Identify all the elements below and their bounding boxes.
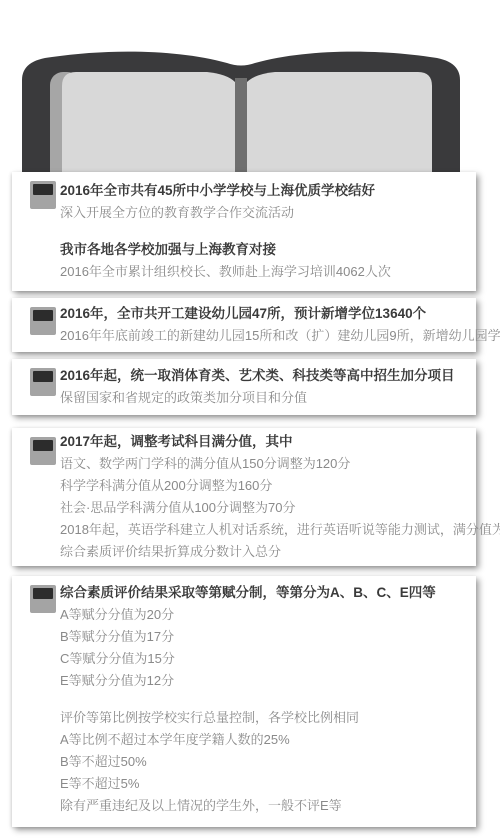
card-title: 2016年全市共有45所中小学学校与上海优质学校结好 [60,180,466,202]
card-body-line: A等赋分分值为20分 [60,604,466,626]
card-subtitle: 我市各地各学校加强与上海教育对接 [60,239,466,261]
card-body-line: 2016年全市累计组织校长、教师赴上海学习培训4062人次 [60,261,466,283]
card-kindergarten-construction: 2016年，全市共开工建设幼儿园47所，预计新增学位13640个 2016年年底… [12,298,476,352]
card-body-line: E等不超过5% [60,773,466,795]
card-body-line: 科学学科满分值从200分调整为160分 [60,475,466,497]
notebook-icon [30,181,56,209]
book-right-page-shape [247,72,432,172]
card-title: 2016年，全市共开工建设幼儿园47所，预计新增学位13640个 [60,303,466,325]
notebook-icon [30,307,56,335]
card-title: 综合素质评价结果采取等第赋分制，等第分为A、B、C、E四等 [60,582,466,604]
card-body-line: 社会·思品学科满分值从100分调整为70分 [60,497,466,519]
card-bonus-points-cancellation: 2016年起，统一取消体育类、艺术类、科技类等高中招生加分项目 保留国家和省规定… [12,359,476,415]
card-body-line: 深入开展全方位的教育教学合作交流活动 [60,202,466,224]
card-title: 2017年起，调整考试科目满分值，其中 [60,431,466,453]
card-body-line: 综合素质评价结果折算成分数计入总分 [60,541,466,563]
card-body-line: E等赋分分值为12分 [60,670,466,692]
card-body-line: 保留国家和省规定的政策类加分项目和分值 [60,387,466,409]
open-book-svg [22,48,460,172]
card-body-line: B等不超过50% [60,751,466,773]
notebook-icon [30,437,56,465]
notebook-icon [30,368,56,396]
card-body-line: 2018年起，英语学科建立人机对话系统，进行英语听说等能力测试，满分值为30分 [60,519,466,541]
card-grade-scoring-system: 综合素质评价结果采取等第赋分制，等第分为A、B、C、E四等 A等赋分分值为20分… [12,576,476,827]
card-body-line: 除有严重违纪及以上情况的学生外，一般不评E等 [60,795,466,817]
open-book-illustration [22,48,460,172]
card-body-line: 评价等第比例按学校实行总量控制，各学校比例相同 [60,707,466,729]
book-left-page-shape [62,72,235,172]
card-shanghai-cooperation: 2016年全市共有45所中小学学校与上海优质学校结好 深入开展全方位的教育教学合… [12,172,476,291]
card-exam-score-adjustment: 2017年起，调整考试科目满分值，其中 语文、数学两门学科的满分值从150分调整… [12,428,476,566]
card-body-line: C等赋分分值为15分 [60,648,466,670]
card-body-line: B等赋分分值为17分 [60,626,466,648]
book-spine-shape [235,78,247,172]
card-title: 2016年起，统一取消体育类、艺术类、科技类等高中招生加分项目 [60,365,466,387]
notebook-icon [30,585,56,613]
card-list: 2016年全市共有45所中小学学校与上海优质学校结好 深入开展全方位的教育教学合… [12,172,476,827]
card-body-line: 语文、数学两门学科的满分值从150分调整为120分 [60,453,466,475]
card-body-line: A等比例不超过本学年度学籍人数的25% [60,729,466,751]
card-body-line: 2016年年底前竣工的新建幼儿园15所和改（扩）建幼儿园9所，新增幼儿园学位54… [60,325,466,347]
